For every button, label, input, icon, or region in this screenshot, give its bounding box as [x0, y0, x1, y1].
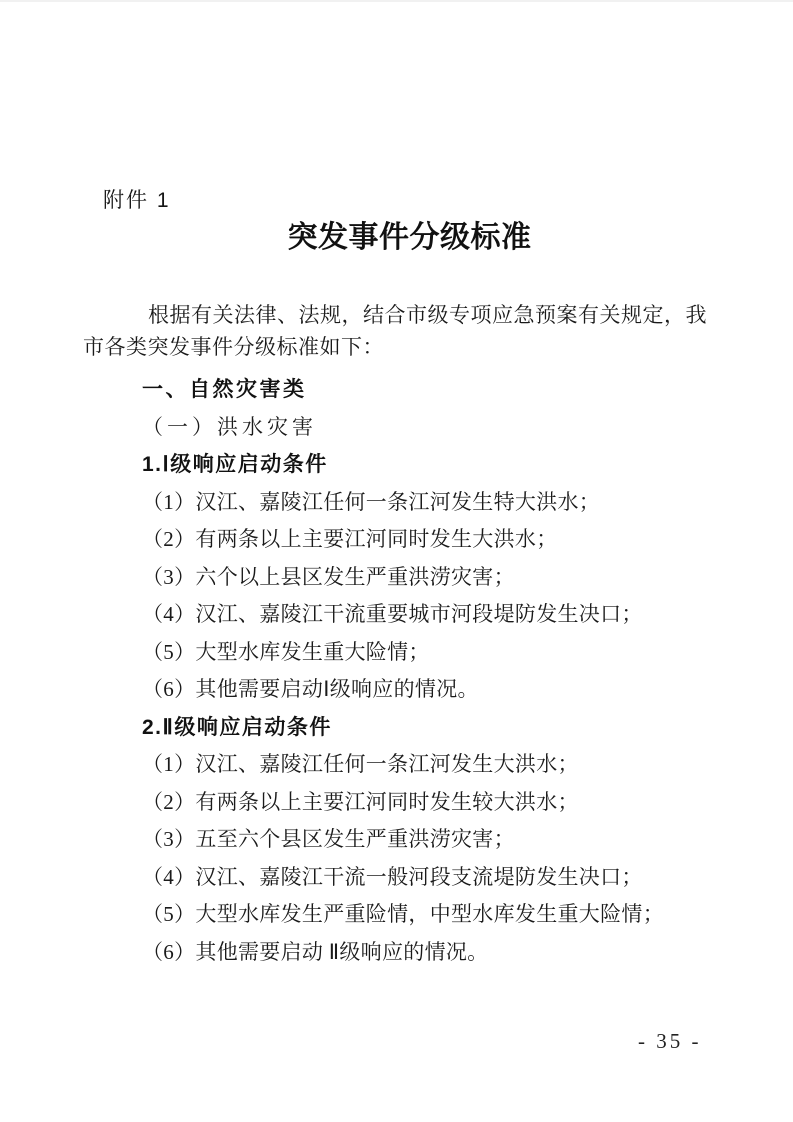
level2-item-2: （2）有两条以上主要江河同时发生较大洪水； — [142, 784, 723, 822]
level2-response-heading: 2.Ⅱ级响应启动条件 — [142, 709, 723, 747]
document-title: 突发事件分级标准 — [13, 220, 793, 256]
intro-paragraph: 根据有关法律、法规，结合市级专项应急预案有关规定，我 市各类突发事件分级标准如下… — [83, 299, 703, 363]
document-page: { "doc": { "attachment_label": "附件 1", "… — [0, 0, 793, 1122]
level2-item-4: （4）汉江、嘉陵江干流一般河段支流堤防发生决口； — [142, 859, 723, 897]
level1-item-4: （4）汉江、嘉陵江干流重要城市河段堤防发生决口； — [142, 596, 723, 634]
classification-list: 一、自然灾害类 （一）洪水灾害 1.Ⅰ级响应启动条件 （1）汉江、嘉陵江任何一条… — [83, 371, 723, 971]
level1-item-6: （6）其他需要启动Ⅰ级响应的情况。 — [142, 671, 723, 709]
intro-line-2: 市各类突发事件分级标准如下： — [83, 331, 703, 363]
level2-item-3: （3）五至六个县区发生严重洪涝灾害； — [142, 821, 723, 859]
intro-line-1: 根据有关法律、法规，结合市级专项应急预案有关规定，我 — [83, 299, 703, 331]
level2-item-6: （6）其他需要启动 Ⅱ级响应的情况。 — [142, 934, 723, 972]
level2-item-1: （1）汉江、嘉陵江任何一条江河发生大洪水； — [142, 746, 723, 784]
level2-item-5: （5）大型水库发生严重险情，中型水库发生重大险情； — [142, 896, 723, 934]
level1-item-2: （2）有两条以上主要江河同时发生大洪水； — [142, 521, 723, 559]
subsection-heading-flood-disaster: （一）洪水灾害 — [142, 409, 723, 447]
section-heading-natural-disasters: 一、自然灾害类 — [142, 371, 723, 409]
level1-item-3: （3）六个以上县区发生严重洪涝灾害； — [142, 559, 723, 597]
page-number: - 35 - — [638, 1029, 702, 1053]
scan-edge-line — [0, 0, 793, 2]
attachment-label: 附件 1 — [103, 188, 171, 214]
level1-response-heading: 1.Ⅰ级响应启动条件 — [142, 446, 723, 484]
level1-item-1: （1）汉江、嘉陵江任何一条江河发生特大洪水； — [142, 484, 723, 522]
level1-item-5: （5）大型水库发生重大险情； — [142, 634, 723, 672]
